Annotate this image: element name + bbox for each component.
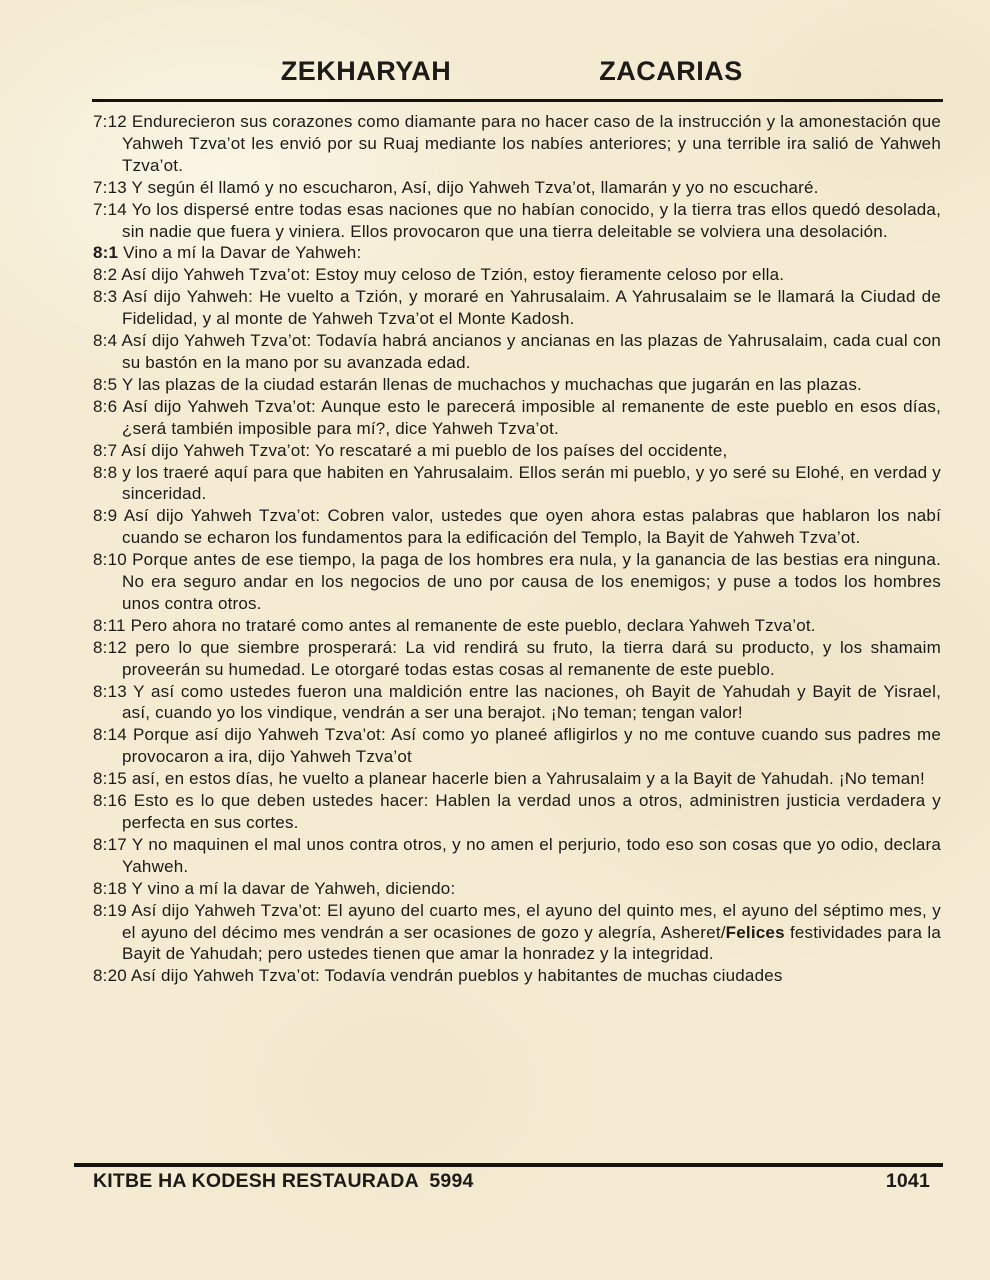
verse-text: Así dijo Yahweh Tzva’ot: Aunque esto le … [122,397,941,438]
verse-number: 8:4 [93,331,122,350]
verse-7-12: 7:12 Endurecieron sus corazones como dia… [93,111,941,177]
verse-text: y los traeré aquí para que habiten en Ya… [122,463,941,504]
document-page: ZEKHARYAH ZACARIAS 7:12 Endurecieron sus… [0,0,990,1280]
verse-number: 8:18 [93,879,132,898]
verse-number: 8:17 [93,835,132,854]
verse-number: 8:13 [93,682,133,701]
verse-number: 8:12 [93,638,135,657]
verse-number: 8:19 [93,901,131,920]
verse-number: 8:7 [93,441,121,460]
verse-8-16: 8:16 Esto es lo que deben ustedes hacer:… [93,790,941,834]
verse-text: Así dijo Yahweh Tzva’ot: Cobren valor, u… [122,506,941,547]
verse-text: Vino a mí la Davar de Yahweh: [123,243,361,262]
verse-text: pero lo que siembre prosperará: La vid r… [122,638,941,679]
verse-number: 7:12 [93,112,132,131]
footer-book-label: KITBE HA KODESH RESTAURADA 5994 [93,1170,474,1193]
footer-page-number: 1041 [886,1170,930,1193]
verse-8-4: 8:4 Así dijo Yahweh Tzva’ot: Todavía hab… [93,330,941,374]
verse-text: así, en estos días, he vuelto a planear … [132,769,925,788]
verse-number: 8:9 [93,506,124,525]
verse-number: 8:6 [93,397,123,416]
verse-text: Así dijo Yahweh Tzva’ot: Yo rescataré a … [121,441,727,460]
verse-number: 8:14 [93,725,133,744]
verse-8-17: 8:17 Y no maquinen el mal unos contra ot… [93,834,941,878]
verse-text: Pero ahora no trataré como antes al rema… [131,616,816,635]
verse-text: Así dijo Yahweh Tzva’ot: Todavía vendrán… [131,966,783,985]
verse-7-13: 7:13 Y según él llamó y no escucharon, A… [93,177,941,199]
verse-text: Porque antes de ese tiempo, la paga de l… [122,550,941,613]
verse-number: 7:13 [93,178,132,197]
footer-divider [74,1163,943,1167]
verse-text: Yo los dispersé entre todas esas nacione… [122,200,941,241]
verse-8-11: 8:11 Pero ahora no trataré como antes al… [93,615,941,637]
verse-8-1: 8:1 Vino a mí la Davar de Yahweh: [93,242,941,264]
verse-number: 7:14 [93,200,132,219]
verse-text: Y no maquinen el mal unos contra otros, … [122,835,941,876]
header-divider [92,99,943,102]
verse-8-15: 8:15 así, en estos días, he vuelto a pla… [93,768,941,790]
verse-number: 8:11 [93,616,131,635]
verse-number: 8:10 [93,550,132,569]
verse-number: 8:8 [93,463,122,482]
verse-8-14: 8:14 Porque así dijo Yahweh Tzva’ot: Así… [93,724,941,768]
verses-container: 7:12 Endurecieron sus corazones como dia… [93,111,941,1157]
verse-8-18: 8:18 Y vino a mí la davar de Yahweh, dic… [93,878,941,900]
verse-text: Esto es lo que deben ustedes hacer: Habl… [122,791,941,832]
verse-number: 8:16 [93,791,134,810]
header-title-spanish: ZACARIAS [599,56,743,87]
verse-number: 8:2 [93,265,121,284]
verse-number: 8:5 [93,375,122,394]
verse-text-bold: Felices [726,923,785,942]
verse-text: Así dijo Yahweh Tzva’ot: Estoy muy celos… [121,265,784,284]
verse-number: 8:15 [93,769,132,788]
verse-text: Así dijo Yahweh Tzva’ot: Todavía habrá a… [122,331,942,372]
verse-8-10: 8:10 Porque antes de ese tiempo, la paga… [93,549,941,615]
verse-8-19: 8:19 Así dijo Yahweh Tzva’ot: El ayuno d… [93,900,941,966]
verse-text: Endurecieron sus corazones como diamante… [122,112,941,175]
verse-8-13: 8:13 Y así como ustedes fueron una maldi… [93,681,941,725]
verse-8-5: 8:5 Y las plazas de la ciudad estarán ll… [93,374,941,396]
verse-text: Porque así dijo Yahweh Tzva’ot: Así como… [122,725,941,766]
verse-text: Y vino a mí la davar de Yahweh, diciendo… [132,879,456,898]
verse-text: Así dijo Yahweh: He vuelto a Tzión, y mo… [122,287,941,328]
verse-number: 8:1 [93,243,123,262]
verse-8-7: 8:7 Así dijo Yahweh Tzva’ot: Yo rescatar… [93,440,941,462]
verse-8-9: 8:9 Así dijo Yahweh Tzva’ot: Cobren valo… [93,505,941,549]
verse-8-2: 8:2 Así dijo Yahweh Tzva’ot: Estoy muy c… [93,264,941,286]
header-title-transliterated: ZEKHARYAH [281,56,452,87]
verse-8-12: 8:12 pero lo que siembre prosperará: La … [93,637,941,681]
verse-8-6: 8:6 Así dijo Yahweh Tzva’ot: Aunque esto… [93,396,941,440]
verse-number: 8:3 [93,287,122,306]
verse-text: Y las plazas de la ciudad estarán llenas… [122,375,862,394]
verse-8-20: 8:20 Así dijo Yahweh Tzva’ot: Todavía ve… [93,965,941,987]
verse-7-14: 7:14 Yo los dispersé entre todas esas na… [93,199,941,243]
verse-8-8: 8:8 y los traeré aquí para que habiten e… [93,462,941,506]
verse-text: Y así como ustedes fueron una maldición … [122,682,941,723]
verse-text: Y según él llamó y no escucharon, Así, d… [132,178,819,197]
verse-8-3: 8:3 Así dijo Yahweh: He vuelto a Tzión, … [93,286,941,330]
page-footer: KITBE HA KODESH RESTAURADA 5994 1041 [93,1170,930,1193]
verse-number: 8:20 [93,966,131,985]
